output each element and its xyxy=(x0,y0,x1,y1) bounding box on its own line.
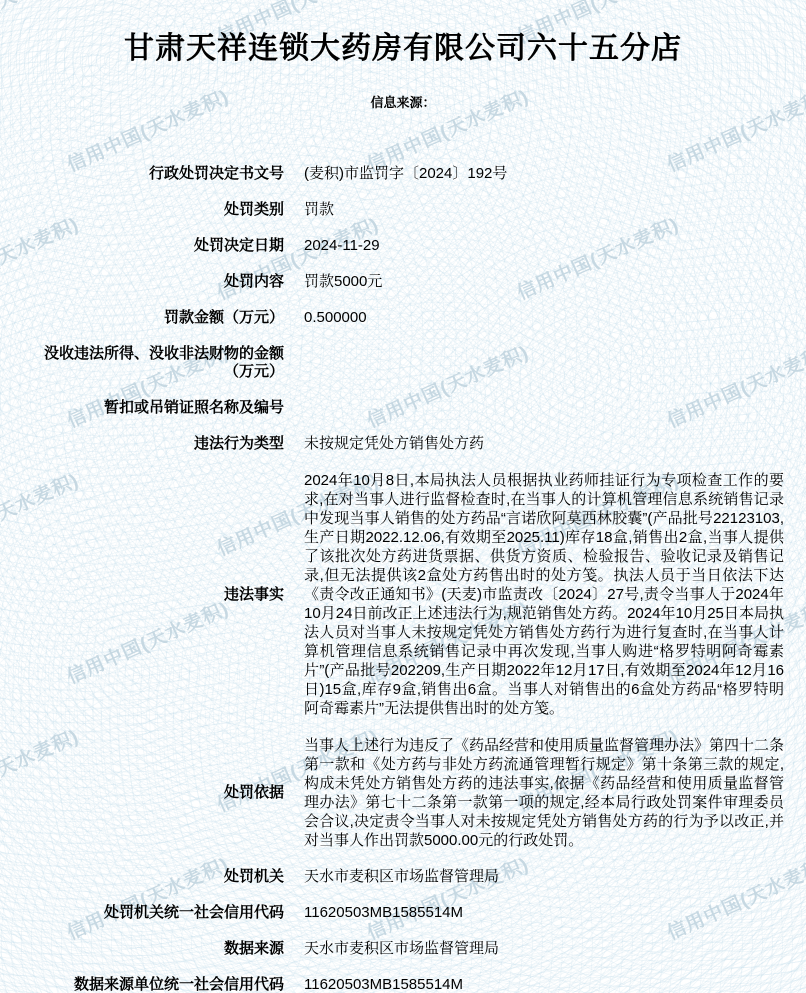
field-row: 暂扣或吊销证照名称及编号 xyxy=(0,399,806,417)
field-row: 数据来源 天水市麦积区市场监督管理局 xyxy=(0,940,806,958)
field-value: 11620503MB1585514M xyxy=(284,904,806,922)
field-row: 处罚机关 天水市麦积区市场监督管理局 xyxy=(0,868,806,886)
field-value: 天水市麦积区市场监督管理局 xyxy=(284,868,806,886)
field-label: 没收违法所得、没收非法财物的金额 （万元） xyxy=(0,345,284,381)
field-label: 暂扣或吊销证照名称及编号 xyxy=(0,399,284,417)
field-label: 处罚机关 xyxy=(0,868,284,886)
field-value: 2024年10月8日,本局执法人员根据执业药师挂证行为专项检查工作的要求,在对当… xyxy=(284,471,806,718)
penalty-detail-page: 信用中国(天水麦积)信用中国(天水麦积)信用中国(天水麦积)信用中国(天水麦积)… xyxy=(0,0,806,993)
field-value: 罚款 xyxy=(284,201,806,219)
field-label: 行政处罚决定书文号 xyxy=(0,165,284,183)
page-title: 甘肃天祥连锁大药房有限公司六十五分店 xyxy=(0,33,806,65)
field-row: 罚款金额（万元） 0.500000 xyxy=(0,309,806,327)
field-row: 处罚机关统一社会信用代码 11620503MB1585514M xyxy=(0,904,806,922)
field-row: 处罚决定日期 2024-11-29 xyxy=(0,237,806,255)
field-row: 处罚内容 罚款5000元 xyxy=(0,273,806,291)
field-value: 当事人上述行为违反了《药品经营和使用质量监督管理办法》第四十二条第一款和《处方药… xyxy=(284,736,806,850)
field-value: 未按规定凭处方销售处方药 xyxy=(284,435,806,453)
field-label: 数据来源 xyxy=(0,940,284,958)
field-value: 11620503MB1585514M xyxy=(284,976,806,993)
field-value: 2024-11-29 xyxy=(284,237,806,255)
field-row: 处罚依据 当事人上述行为违反了《药品经营和使用质量监督管理办法》第四十二条第一款… xyxy=(0,736,806,850)
info-source-label: 信息来源： xyxy=(0,95,806,110)
field-label: 违法行为类型 xyxy=(0,435,284,453)
field-value: 0.500000 xyxy=(284,309,806,327)
field-label: 处罚依据 xyxy=(0,784,284,802)
field-label: 罚款金额（万元） xyxy=(0,309,284,327)
field-row: 违法行为类型 未按规定凭处方销售处方药 xyxy=(0,435,806,453)
field-row: 数据来源单位统一社会信用代码 11620503MB1585514M xyxy=(0,976,806,993)
field-label: 数据来源单位统一社会信用代码 xyxy=(0,976,284,993)
field-value: 天水市麦积区市场监督管理局 xyxy=(284,940,806,958)
field-label: 处罚内容 xyxy=(0,273,284,291)
field-label: 处罚类别 xyxy=(0,201,284,219)
field-row: 违法事实 2024年10月8日,本局执法人员根据执业药师挂证行为专项检查工作的要… xyxy=(0,471,806,718)
field-row: 处罚类别 罚款 xyxy=(0,201,806,219)
field-label: 处罚决定日期 xyxy=(0,237,284,255)
field-value: (麦积)市监罚字〔2024〕192号 xyxy=(284,165,806,183)
field-row: 行政处罚决定书文号 (麦积)市监罚字〔2024〕192号 xyxy=(0,165,806,183)
field-label: 违法事实 xyxy=(0,586,284,604)
field-label: 处罚机关统一社会信用代码 xyxy=(0,904,284,922)
fields-table: 行政处罚决定书文号 (麦积)市监罚字〔2024〕192号 处罚类别 罚款 处罚决… xyxy=(0,165,806,993)
penalty-document: 甘肃天祥连锁大药房有限公司六十五分店 信息来源： 行政处罚决定书文号 (麦积)市… xyxy=(0,0,806,993)
field-value: 罚款5000元 xyxy=(284,273,806,291)
field-row: 没收违法所得、没收非法财物的金额 （万元） xyxy=(0,345,806,381)
